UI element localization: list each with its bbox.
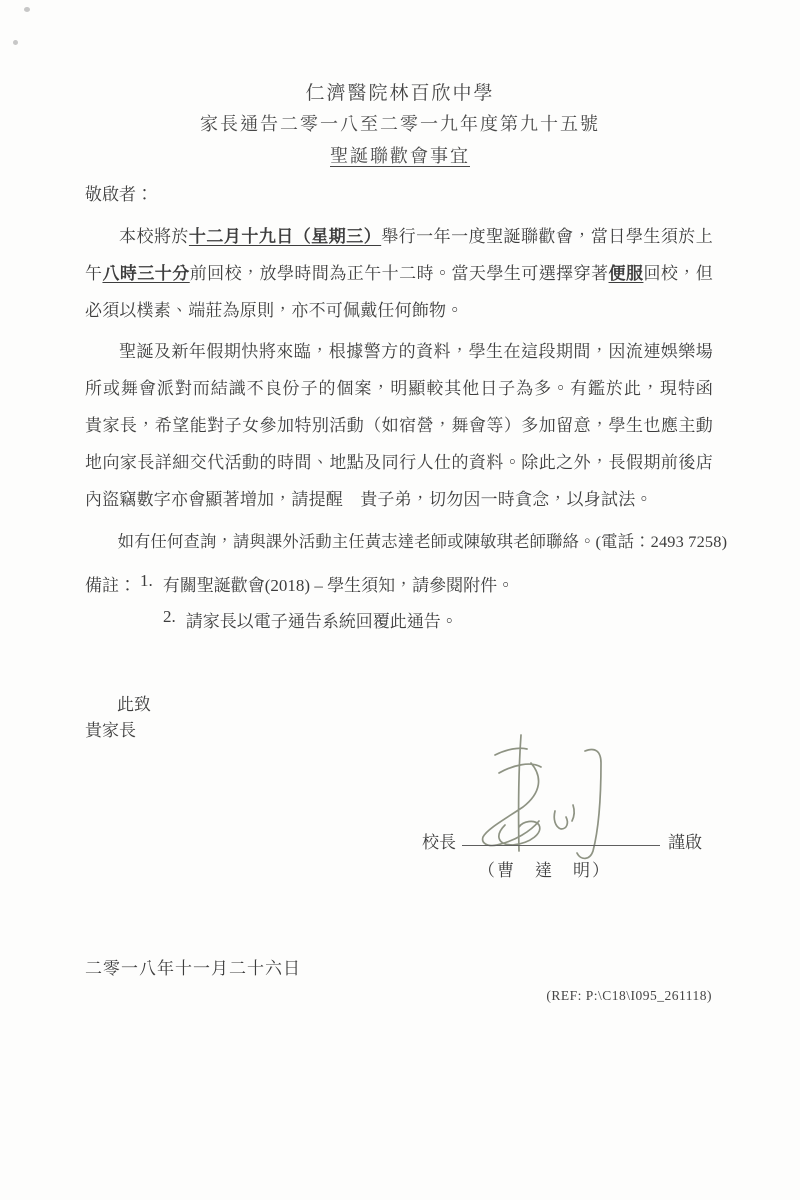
remark-item-2: 2. 請家長以電子通告系統回覆此通告。 [163, 607, 458, 632]
notice-date: 二零一八年十一月二十六日 [85, 954, 301, 979]
scan-speck [13, 40, 18, 45]
remarks-label: 備註： [85, 571, 136, 596]
paragraph-event-details: 本校將於十二月十九日（星期三）舉行一年一度聖誕聯歡會，當日學生須於上午八時三十分… [85, 218, 713, 329]
closing-this-to: 此致 [117, 690, 151, 715]
remark-number: 2. [163, 607, 176, 632]
remark-item-1: 1. 有關聖誕歡會(2018) – 學生須知，請參閱附件。 [140, 571, 514, 596]
remark-number: 1. [140, 571, 153, 596]
remark-text: 請家長以電子通告系統回覆此通告。 [186, 607, 458, 632]
paragraph-contact-info: 如有任何查詢，請與課外活動主任黃志達老師或陳敏琪老師聯絡。(電話：2493 72… [85, 523, 713, 560]
scan-speck [24, 7, 30, 12]
school-name: 仁濟醫院林百欣中學 [0, 78, 800, 105]
salutation: 敬啟者： [85, 180, 153, 205]
reference-number: (REF: P:\C18\I095_261118) [546, 988, 712, 1004]
notice-subject: 聖誕聯歡會事宜 [0, 142, 800, 168]
remark-text: 有關聖誕歡會(2018) – 學生須知，請參閱附件。 [163, 571, 514, 596]
signer-name: （曹 達 明） [478, 856, 611, 881]
closing-recipient: 貴家長 [85, 716, 136, 741]
signer-closing: 謹啟 [668, 828, 702, 853]
signer-role: 校長 [422, 828, 456, 853]
paragraph-holiday-warning: 聖誕及新年假期快將來臨，根據警方的資料，學生在這段期間，因流連娛樂場所或舞會派對… [85, 333, 713, 518]
signature-line [462, 828, 660, 846]
notice-document: 仁濟醫院林百欣中學 家長通告二零一八至二零一九年度第九十五號 聖誕聯歡會事宜 敬… [0, 0, 800, 1200]
notice-number: 家長通告二零一八至二零一九年度第九十五號 [0, 110, 800, 136]
